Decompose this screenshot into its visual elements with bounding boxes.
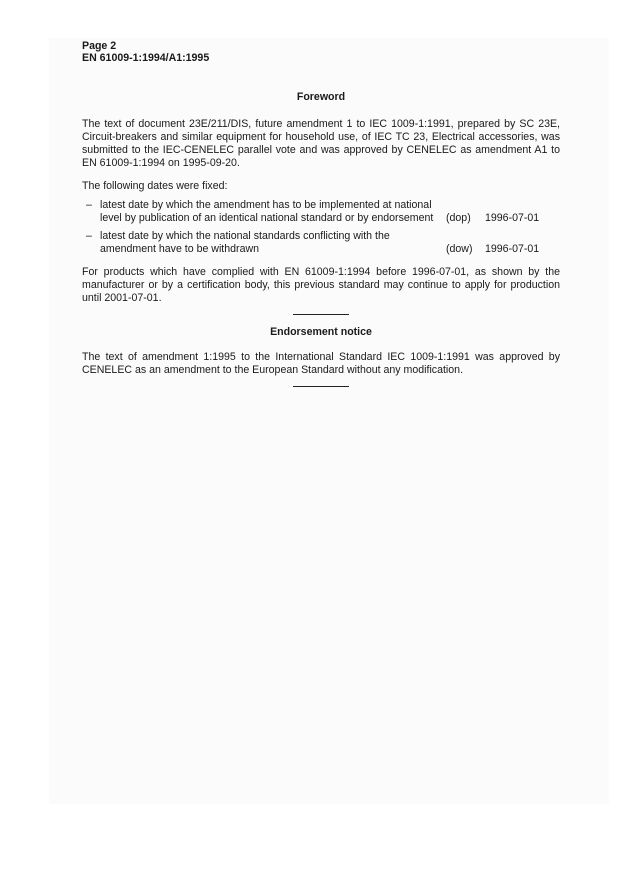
date-value: 1996-07-01 (485, 243, 539, 256)
transition-paragraph: For products which have complied with EN… (82, 266, 560, 305)
date-description: latest date by which the amendment has t… (100, 199, 440, 225)
foreword-title: Foreword (82, 91, 560, 104)
dash-bullet: – (86, 199, 92, 212)
document-id: EN 61009-1:1994/A1:1995 (82, 52, 560, 64)
date-description: latest date by which the national standa… (100, 230, 440, 256)
foreword-paragraph: The text of document 23E/211/DIS, future… (82, 118, 560, 170)
dates-list: – latest date by which the amendment has… (82, 199, 560, 256)
page-number: Page 2 (82, 40, 560, 52)
date-value: 1996-07-01 (485, 212, 539, 225)
endorsement-paragraph: The text of amendment 1:1995 to the Inte… (82, 351, 560, 377)
endorsement-title: Endorsement notice (82, 326, 560, 339)
dash-bullet: – (86, 230, 92, 243)
date-code: (dow) (446, 243, 473, 256)
section-divider (293, 314, 349, 315)
date-code: (dop) (446, 212, 471, 225)
date-item-dow: – latest date by which the national stan… (82, 230, 560, 256)
document-page: Page 2 EN 61009-1:1994/A1:1995 Foreword … (82, 40, 560, 398)
date-item-dop: – latest date by which the amendment has… (82, 199, 560, 225)
dates-intro: The following dates were fixed: (82, 180, 560, 193)
end-divider (293, 386, 349, 387)
